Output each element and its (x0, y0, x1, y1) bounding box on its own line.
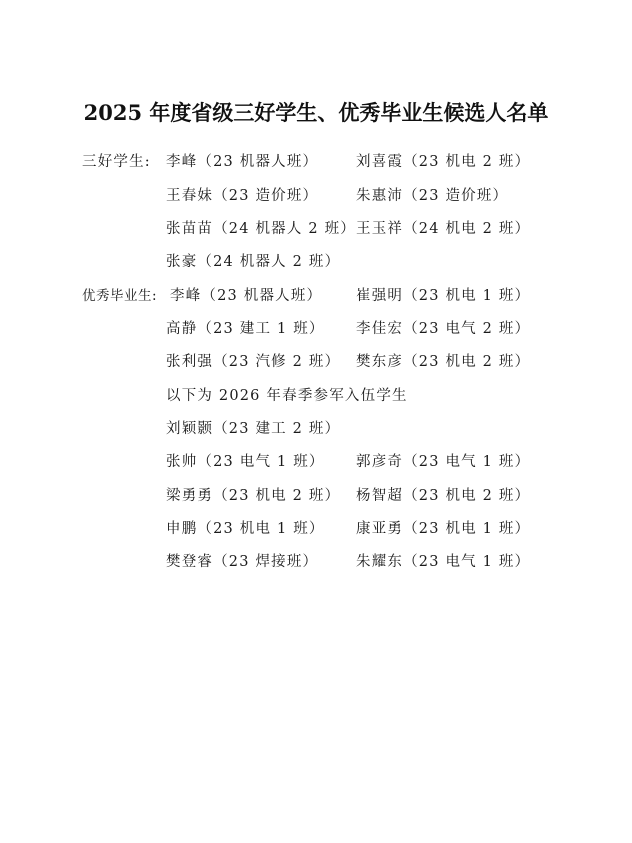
candidate-entry: 朱耀东（23 电气 1 班） (356, 550, 530, 571)
candidate-entry: 王春妹（23 造价班） (166, 184, 318, 205)
document-title: 2025 年度省级三好学生、优秀毕业生候选人名单 (0, 97, 632, 127)
candidate-entry: 崔强明（23 机电 1 班） (356, 284, 530, 305)
candidate-entry: 樊登睿（23 焊接班） (166, 550, 318, 571)
candidate-entry: 朱惠沛（23 造价班） (356, 184, 508, 205)
candidate-entry: 高静（23 建工 1 班） (166, 317, 325, 338)
candidate-entry: 李佳宏（23 电气 2 班） (356, 317, 530, 338)
candidate-entry: 张豪（24 机器人 2 班） (166, 250, 340, 271)
candidate-entry: 张苗苗（24 机器人 2 班） (166, 217, 356, 238)
candidate-entry: 王玉祥（24 机电 2 班） (356, 217, 530, 238)
candidate-entry: 刘颖颢（23 建工 2 班） (166, 417, 340, 438)
candidate-entry: 梁勇勇（23 机电 2 班） (166, 484, 340, 505)
military-note: 以下为 2026 年春季参军入伍学生 (166, 384, 408, 405)
candidate-entry: 张利强（23 汽修 2 班） (166, 350, 340, 371)
candidate-entry: 李峰（23 机器人班） (170, 284, 322, 305)
section-label-merit-students: 三好学生: (82, 150, 151, 171)
candidate-entry: 樊东彦（23 机电 2 班） (356, 350, 530, 371)
candidate-entry: 张帅（23 电气 1 班） (166, 450, 325, 471)
candidate-entry: 刘喜霞（23 机电 2 班） (356, 150, 530, 171)
candidate-entry: 李峰（23 机器人班） (166, 150, 318, 171)
candidate-entry: 申鹏（23 机电 1 班） (166, 517, 325, 538)
candidate-entry: 郭彦奇（23 电气 1 班） (356, 450, 530, 471)
section-label-outstanding-graduates: 优秀毕业生: (82, 284, 157, 304)
candidate-entry: 康亚勇（23 机电 1 班） (356, 517, 530, 538)
candidate-entry: 杨智超（23 机电 2 班） (356, 484, 530, 505)
